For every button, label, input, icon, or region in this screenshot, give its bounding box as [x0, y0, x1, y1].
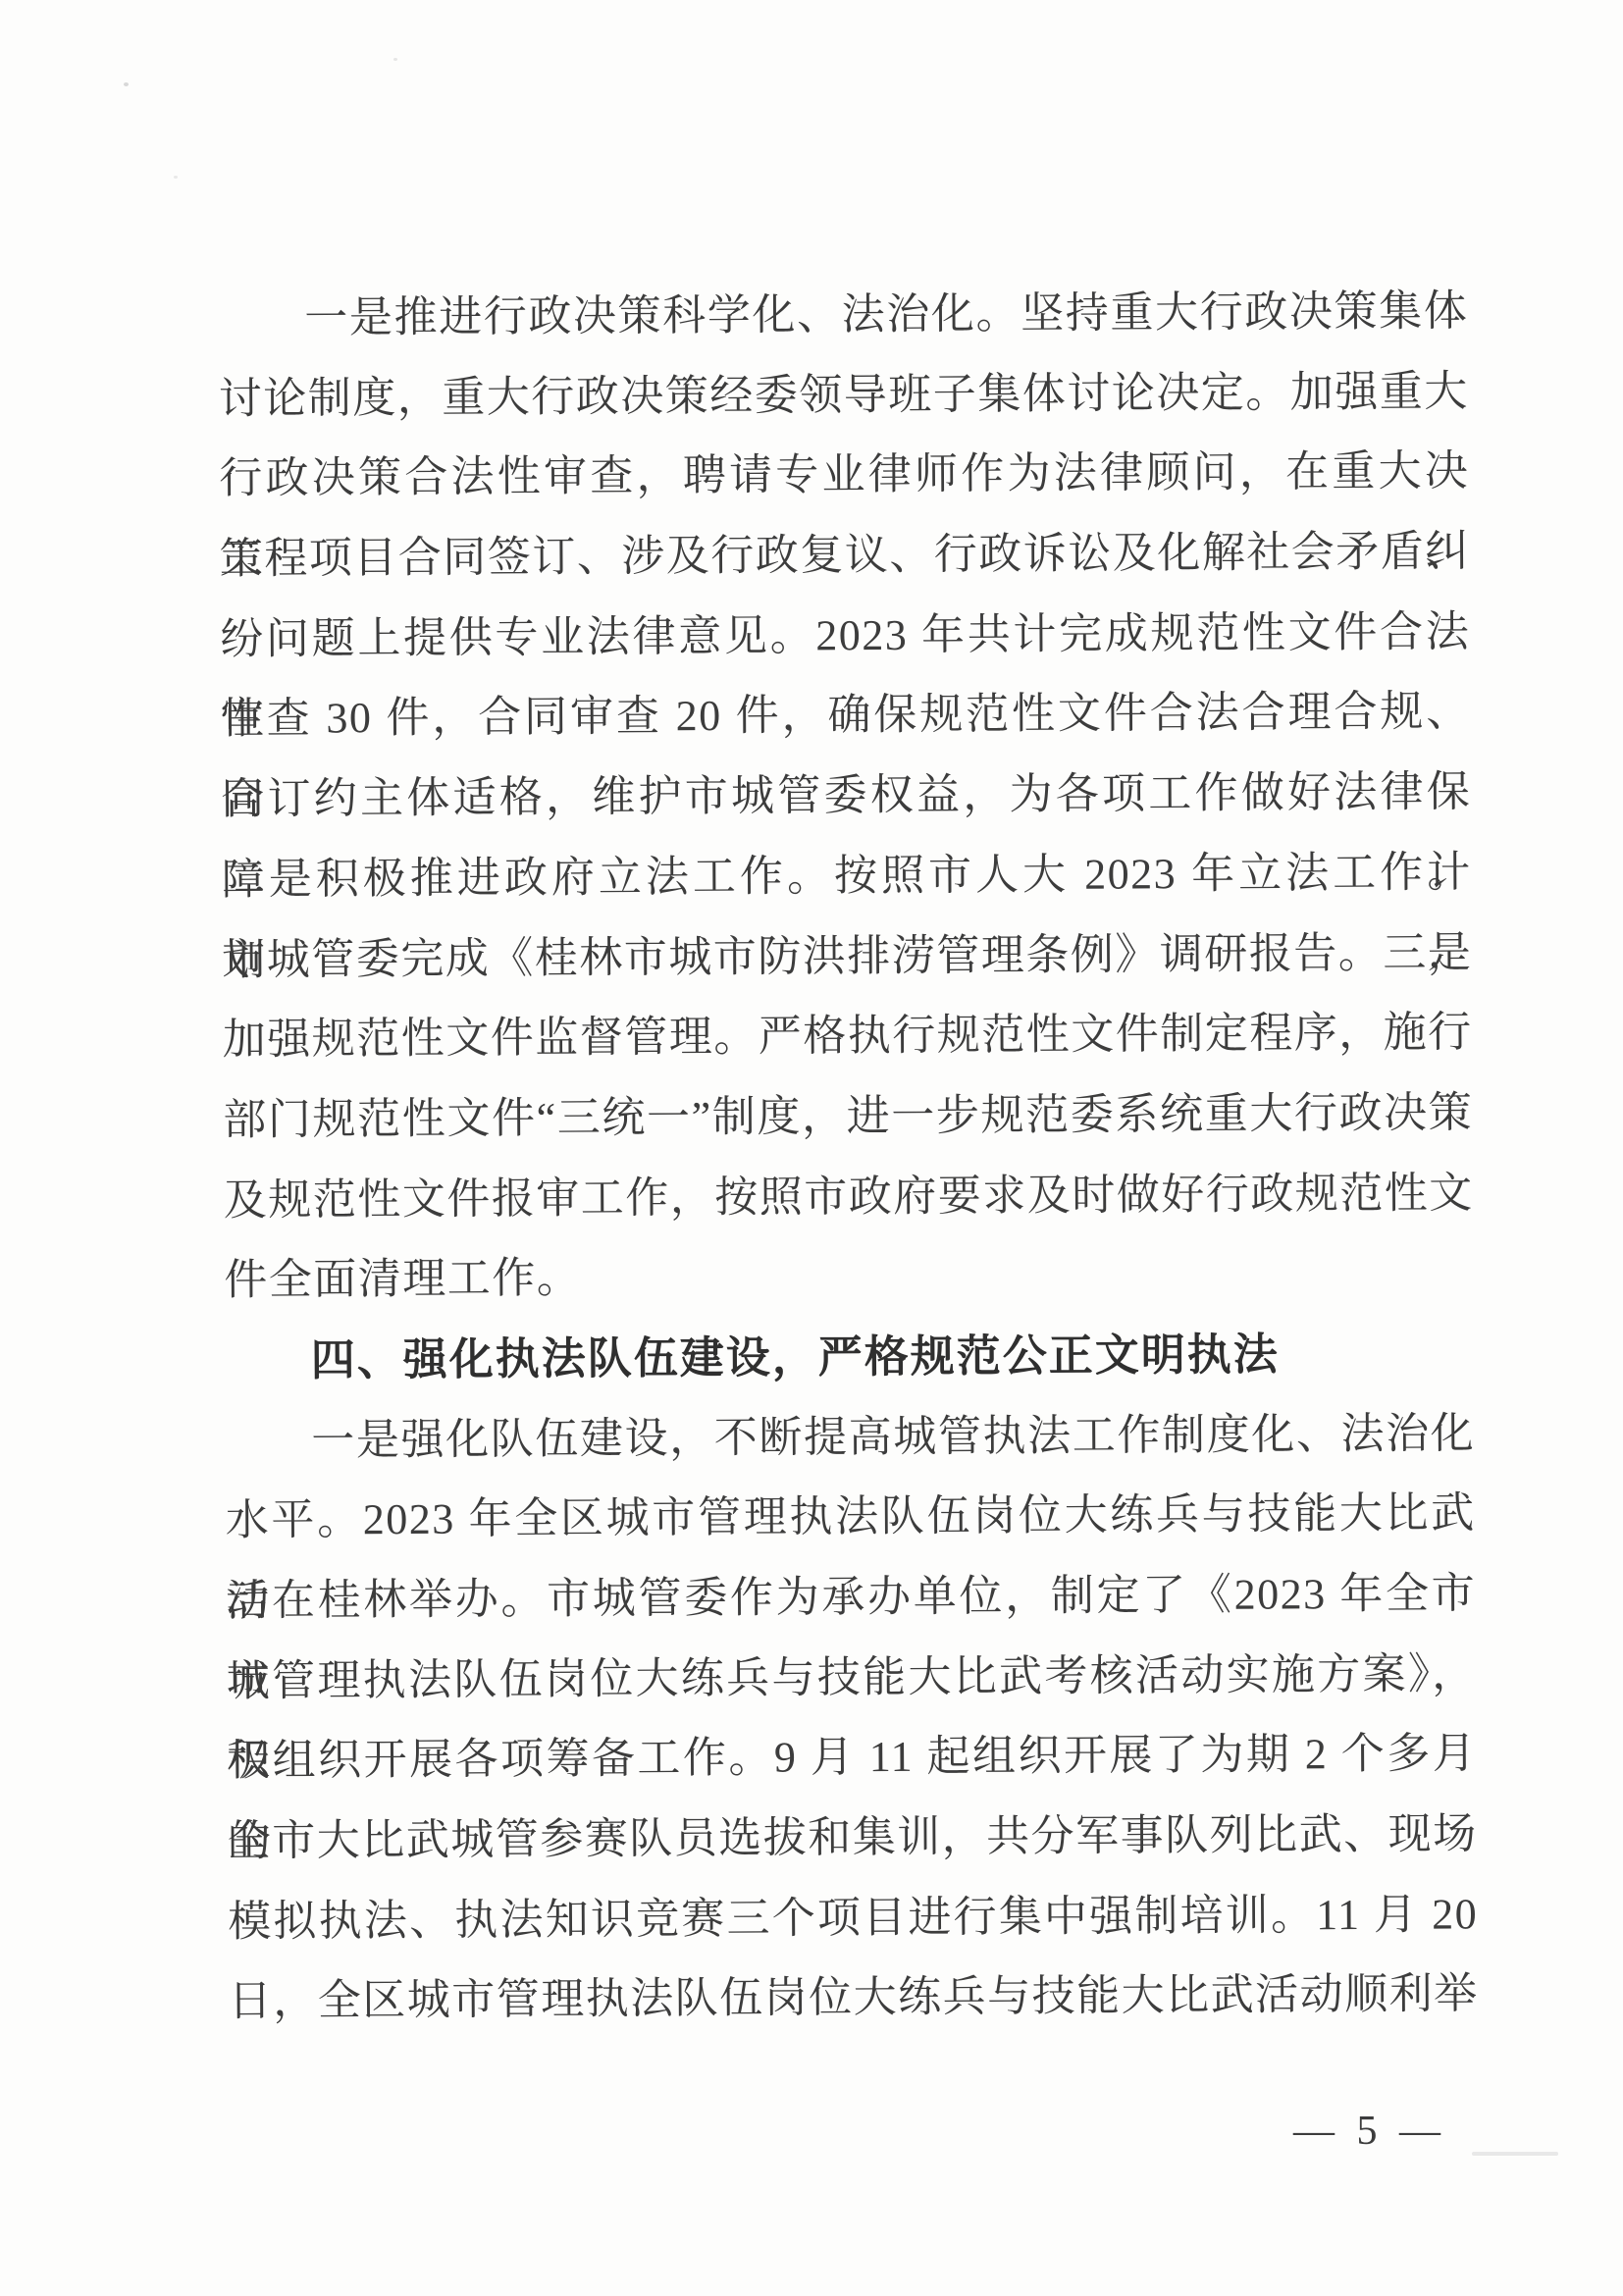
scan-smudge	[1472, 2152, 1558, 2156]
text-line: 极组织开展各项筹备工作。9 月 11 起组织开展了为期 2 个多月的	[227, 1714, 1477, 1801]
scan-speck	[174, 176, 178, 179]
text-line: 全市大比武城管参赛队员选拔和集训，共分军事队列比武、现场	[227, 1794, 1477, 1881]
text-line: 动在桂林举办。市城管委作为承办单位，制定了《2023 年全市城	[226, 1553, 1476, 1641]
text-line: 审查 30 件，合同审查 20 件，确保规范性文件合法合理合规、合	[221, 672, 1471, 759]
text-line: 件全面清理工作。	[224, 1233, 1474, 1321]
text-line: 讨论制度，重大行政决策经委领导班子集体讨论决定。加强重大	[219, 351, 1469, 439]
text-line: 水平。2023 年全区城市管理执法队伍岗位大练兵与技能大比武活	[225, 1474, 1475, 1561]
text-line: 加强规范性文件监督管理。严格执行规范性文件制定程序，施行	[223, 993, 1473, 1080]
text-line: 工程项目合同签订、涉及行政复议、行政诉讼及化解社会矛盾纠	[220, 511, 1470, 599]
text-line: 一是推进行政决策科学化、法治化。坚持重大行政决策集体	[218, 271, 1468, 358]
scan-speck	[393, 58, 397, 61]
text-line: 一是强化队伍建设，不断提高城管执法工作制度化、法治化	[225, 1393, 1475, 1481]
text-line: 部门规范性文件“三统一”制度，进一步规范委系统重大行政决策	[223, 1072, 1473, 1160]
text-line: 市城管委完成《桂林市城市防洪排涝管理条例》调研报告。三是	[222, 913, 1472, 1000]
text-line: 模拟执法、执法知识竞赛三个项目进行集中强制培训。11 月 20	[228, 1874, 1478, 1961]
scan-speck	[124, 82, 129, 86]
text-line: 市管理执法队伍岗位大练兵与技能大比武考核活动实施方案》，积	[226, 1634, 1476, 1721]
text-line: 纷问题上提供专业法律意见。2023 年共计完成规范性文件合法性	[220, 592, 1470, 679]
text-line: 及规范性文件报审工作，按照市政府要求及时做好行政规范性文	[223, 1153, 1473, 1240]
scanned-document-page: 一是推进行政决策科学化、法治化。坚持重大行政决策集体 讨论制度，重大行政决策经委…	[0, 0, 1623, 2296]
document-body: 一是推进行政决策科学化、法治化。坚持重大行政决策集体 讨论制度，重大行政决策经委…	[218, 271, 1479, 2042]
text-line: 日，全区城市管理执法队伍岗位大练兵与技能大比武活动顺利举	[228, 1955, 1478, 2042]
page-number: — 5 —	[1293, 2108, 1446, 2155]
text-line: 行政决策合法性审查，聘请专业律师作为法律顾问，在重大决策、	[219, 432, 1469, 519]
text-line: 二是积极推进政府立法工作。按照市人大 2023 年立法工作计划，	[222, 832, 1472, 919]
text-line: 同订约主体适格，维护市城管委权益，为各项工作做好法律保障。	[221, 752, 1471, 839]
section-heading: 四、强化执法队伍建设，严格规范公正文明执法	[224, 1313, 1474, 1400]
